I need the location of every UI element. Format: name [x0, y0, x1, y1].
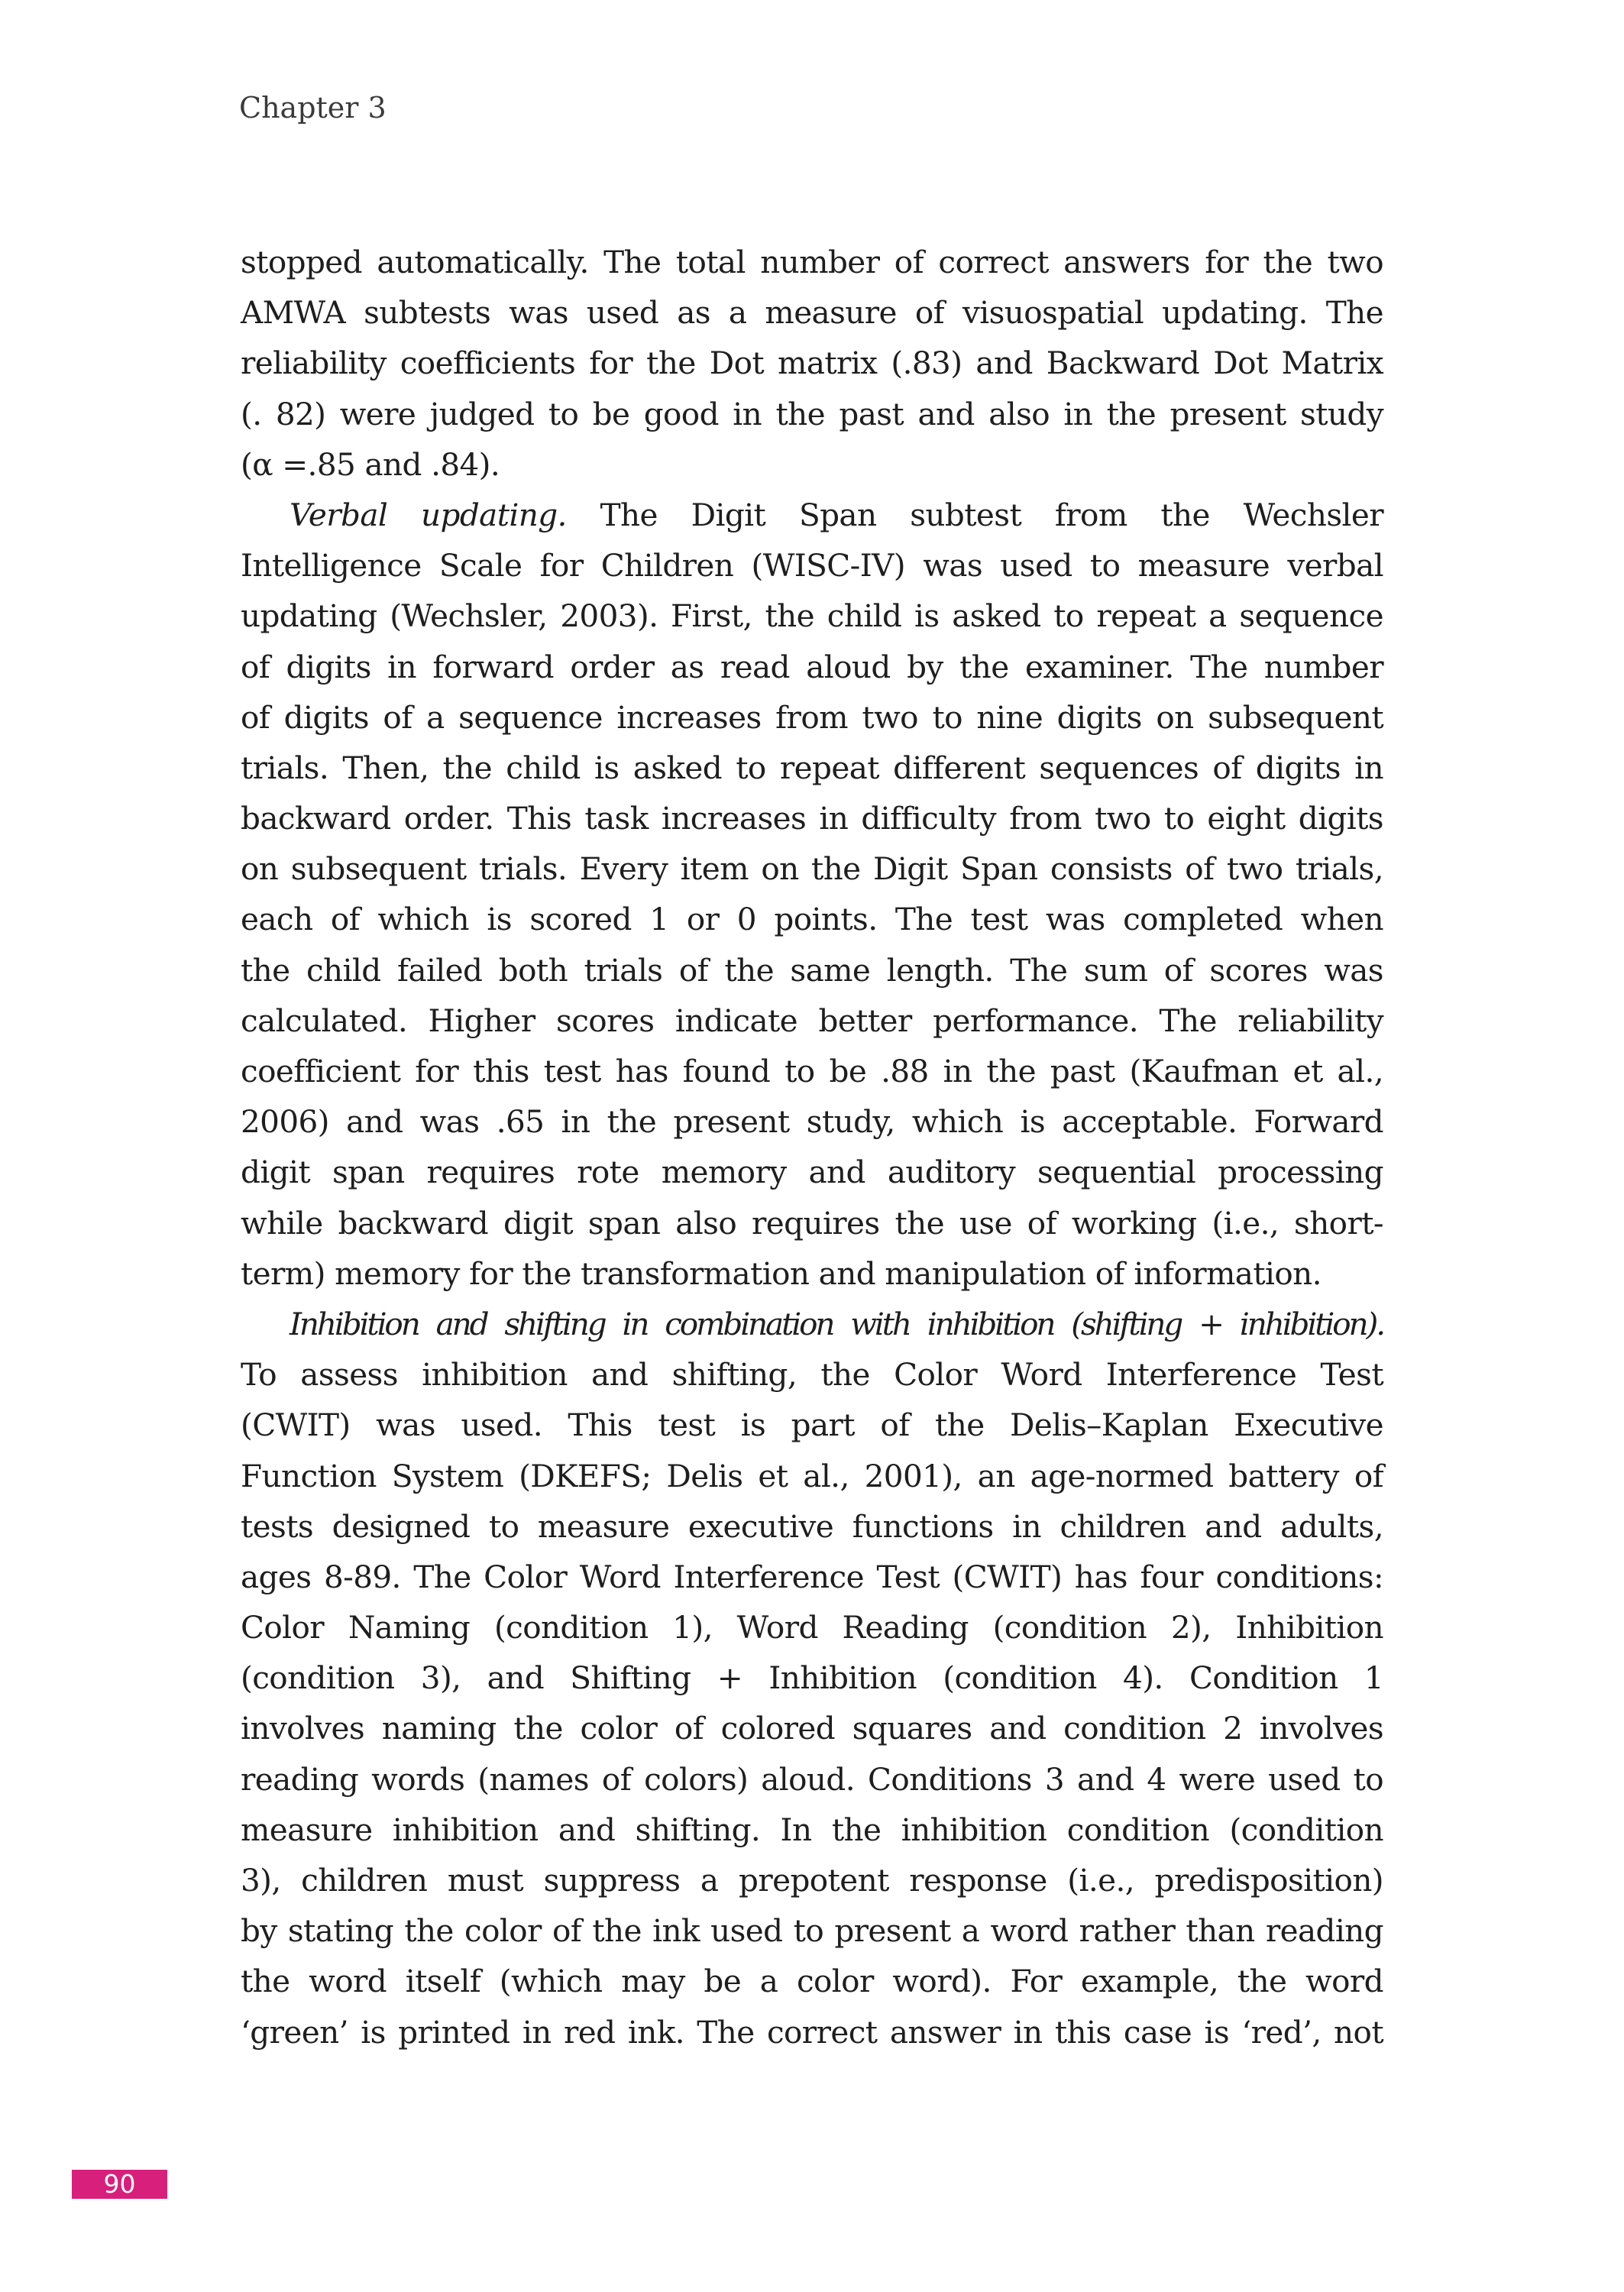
text-line: the child failed both trials of the same… — [241, 945, 1383, 995]
text-line: involves naming the color of colored squ… — [241, 1703, 1383, 1753]
text-line: 2006) and was .65 in the present study, … — [241, 1096, 1383, 1147]
section-heading-inhibition-shifting: Inhibition and shifting in combination w… — [290, 1306, 1383, 1342]
text-line: (condition 3), and Shifting + Inhibition… — [241, 1653, 1383, 1703]
text-line: (. 82) were judged to be good in the pas… — [241, 389, 1383, 439]
text-line: stopped automatically. The total number … — [241, 237, 1383, 287]
text-line: calculated. Higher scores indicate bette… — [241, 995, 1383, 1046]
text-line: coefficient for this test has found to b… — [241, 1046, 1383, 1096]
text-line: measure inhibition and shifting. In the … — [241, 1805, 1383, 1855]
text-line: (CWIT) was used. This test is part of th… — [241, 1400, 1383, 1450]
text-line: Color Naming (condition 1), Word Reading… — [241, 1602, 1383, 1653]
text-line: of digits in forward order as read aloud… — [241, 642, 1383, 692]
text-line: Verbal updating. The Digit Span subtest … — [241, 490, 1383, 540]
text-line: backward order. This task increases in d… — [241, 793, 1383, 843]
text-line: To assess inhibition and shifting, the C… — [241, 1349, 1383, 1400]
text-line: AMWA subtests was used as a measure of v… — [241, 287, 1383, 338]
paragraph-inhibition-shifting: Inhibition and shifting in combination w… — [241, 1299, 1383, 2057]
text-line: Function System (DKEFS; Delis et al., 20… — [241, 1451, 1383, 1501]
text-line: while backward digit span also requires … — [241, 1198, 1383, 1248]
text-line: digit span requires rote memory and audi… — [241, 1147, 1383, 1197]
text-line: the word itself (which may be a color wo… — [241, 1956, 1383, 2006]
text-line: ‘green’ is printed in red ink. The corre… — [241, 2007, 1383, 2057]
text-line: on subsequent trials. Every item on the … — [241, 843, 1383, 894]
text-line: trials. Then, the child is asked to repe… — [241, 743, 1383, 793]
text-line: 3), children must suppress a prepotent r… — [241, 1855, 1383, 1905]
section-heading-verbal-updating: Verbal updating. — [290, 497, 567, 533]
page-number-badge: 90 — [72, 2170, 167, 2199]
text-line: each of which is scored 1 or 0 points. T… — [241, 894, 1383, 944]
text-line: term) memory for the transformation and … — [241, 1248, 1383, 1299]
text-line: by stating the color of the ink used to … — [241, 1905, 1383, 1956]
text-line-continuation: The Digit Span subtest from the Wechsler — [567, 497, 1383, 533]
text-line: Intelligence Scale for Children (WISC-IV… — [241, 540, 1383, 591]
paragraph-visuospatial-updating: stopped automatically. The total number … — [241, 237, 1383, 490]
text-line: ages 8-89. The Color Word Interference T… — [241, 1552, 1383, 1602]
body-text: stopped automatically. The total number … — [241, 237, 1383, 2057]
text-line: tests designed to measure executive func… — [241, 1501, 1383, 1552]
text-line: (α =.85 and .84). — [241, 439, 1383, 490]
text-line: Inhibition and shifting in combination w… — [241, 1299, 1383, 1349]
paragraph-verbal-updating: Verbal updating. The Digit Span subtest … — [241, 490, 1383, 1299]
text-line: reading words (names of colors) aloud. C… — [241, 1754, 1383, 1805]
text-line: reliability coefficients for the Dot mat… — [241, 338, 1383, 388]
running-header-chapter-title: Chapter 3 — [239, 89, 387, 127]
text-line: of digits of a sequence increases from t… — [241, 692, 1383, 743]
text-line: updating (Wechsler, 2003). First, the ch… — [241, 591, 1383, 641]
